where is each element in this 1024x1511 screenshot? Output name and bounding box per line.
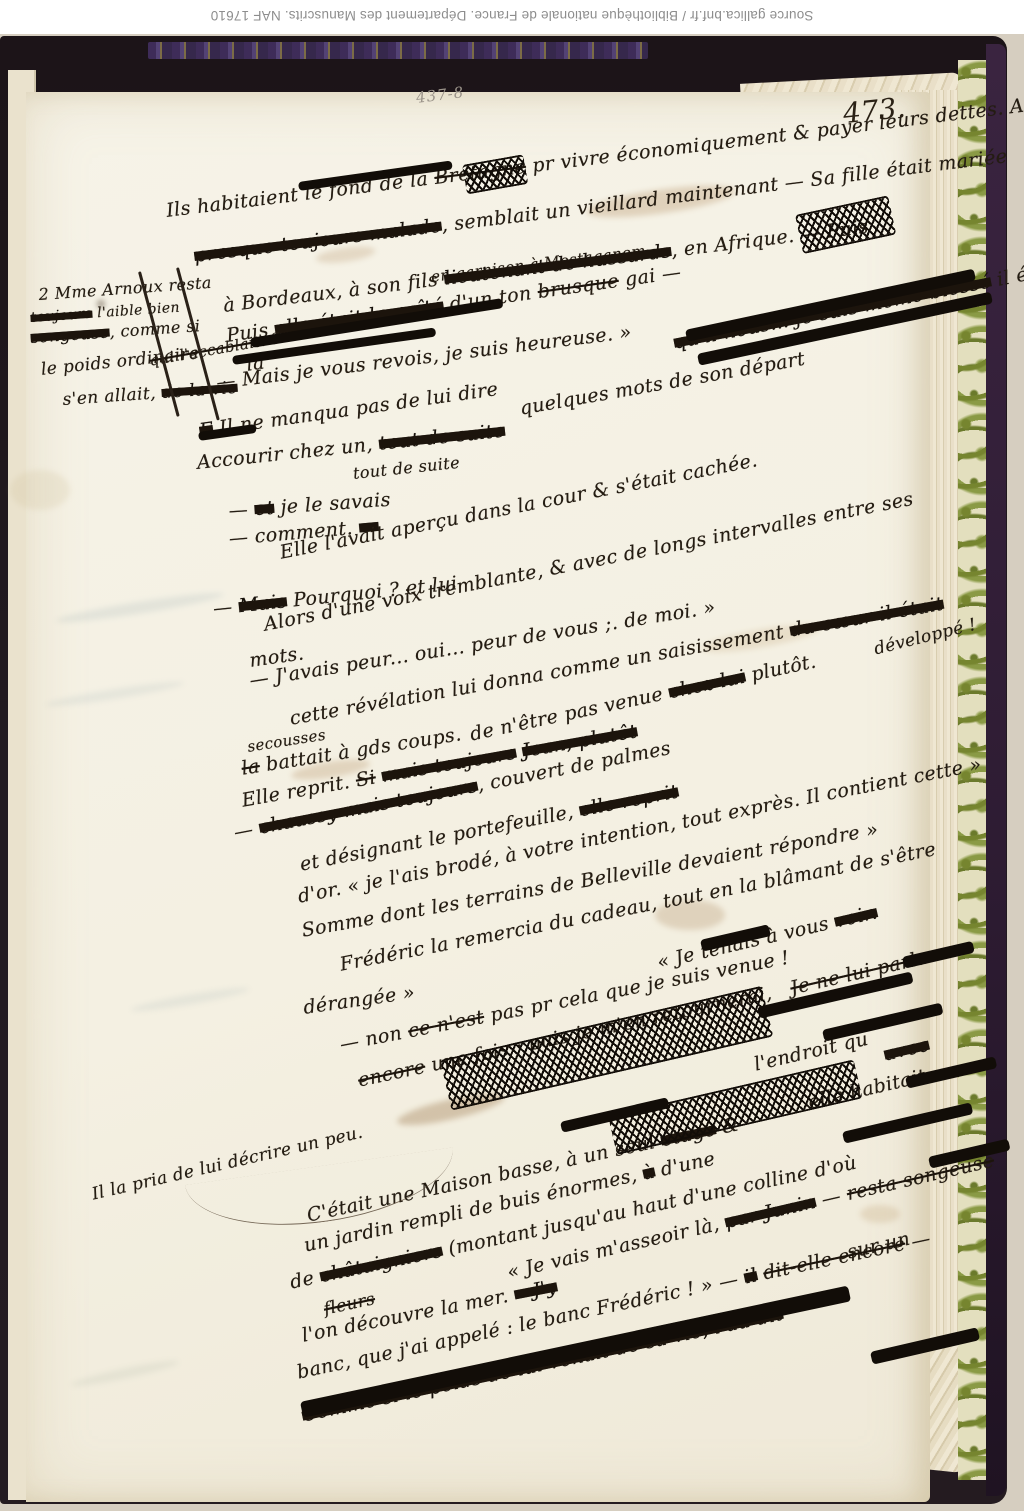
source-banner-text: Source gallica.bnf.fr / Bibliothèque nat… bbox=[0, 0, 1024, 30]
book-photo bbox=[0, 34, 1024, 1511]
manuscript-page bbox=[26, 92, 930, 1502]
folio-number: 473. bbox=[841, 91, 906, 130]
cover-edge bbox=[986, 44, 1006, 1496]
source-banner: Source gallica.bnf.fr / Bibliothèque nat… bbox=[0, 0, 1024, 34]
manuscript-scan: Source gallica.bnf.fr / Bibliothèque nat… bbox=[0, 0, 1024, 1511]
